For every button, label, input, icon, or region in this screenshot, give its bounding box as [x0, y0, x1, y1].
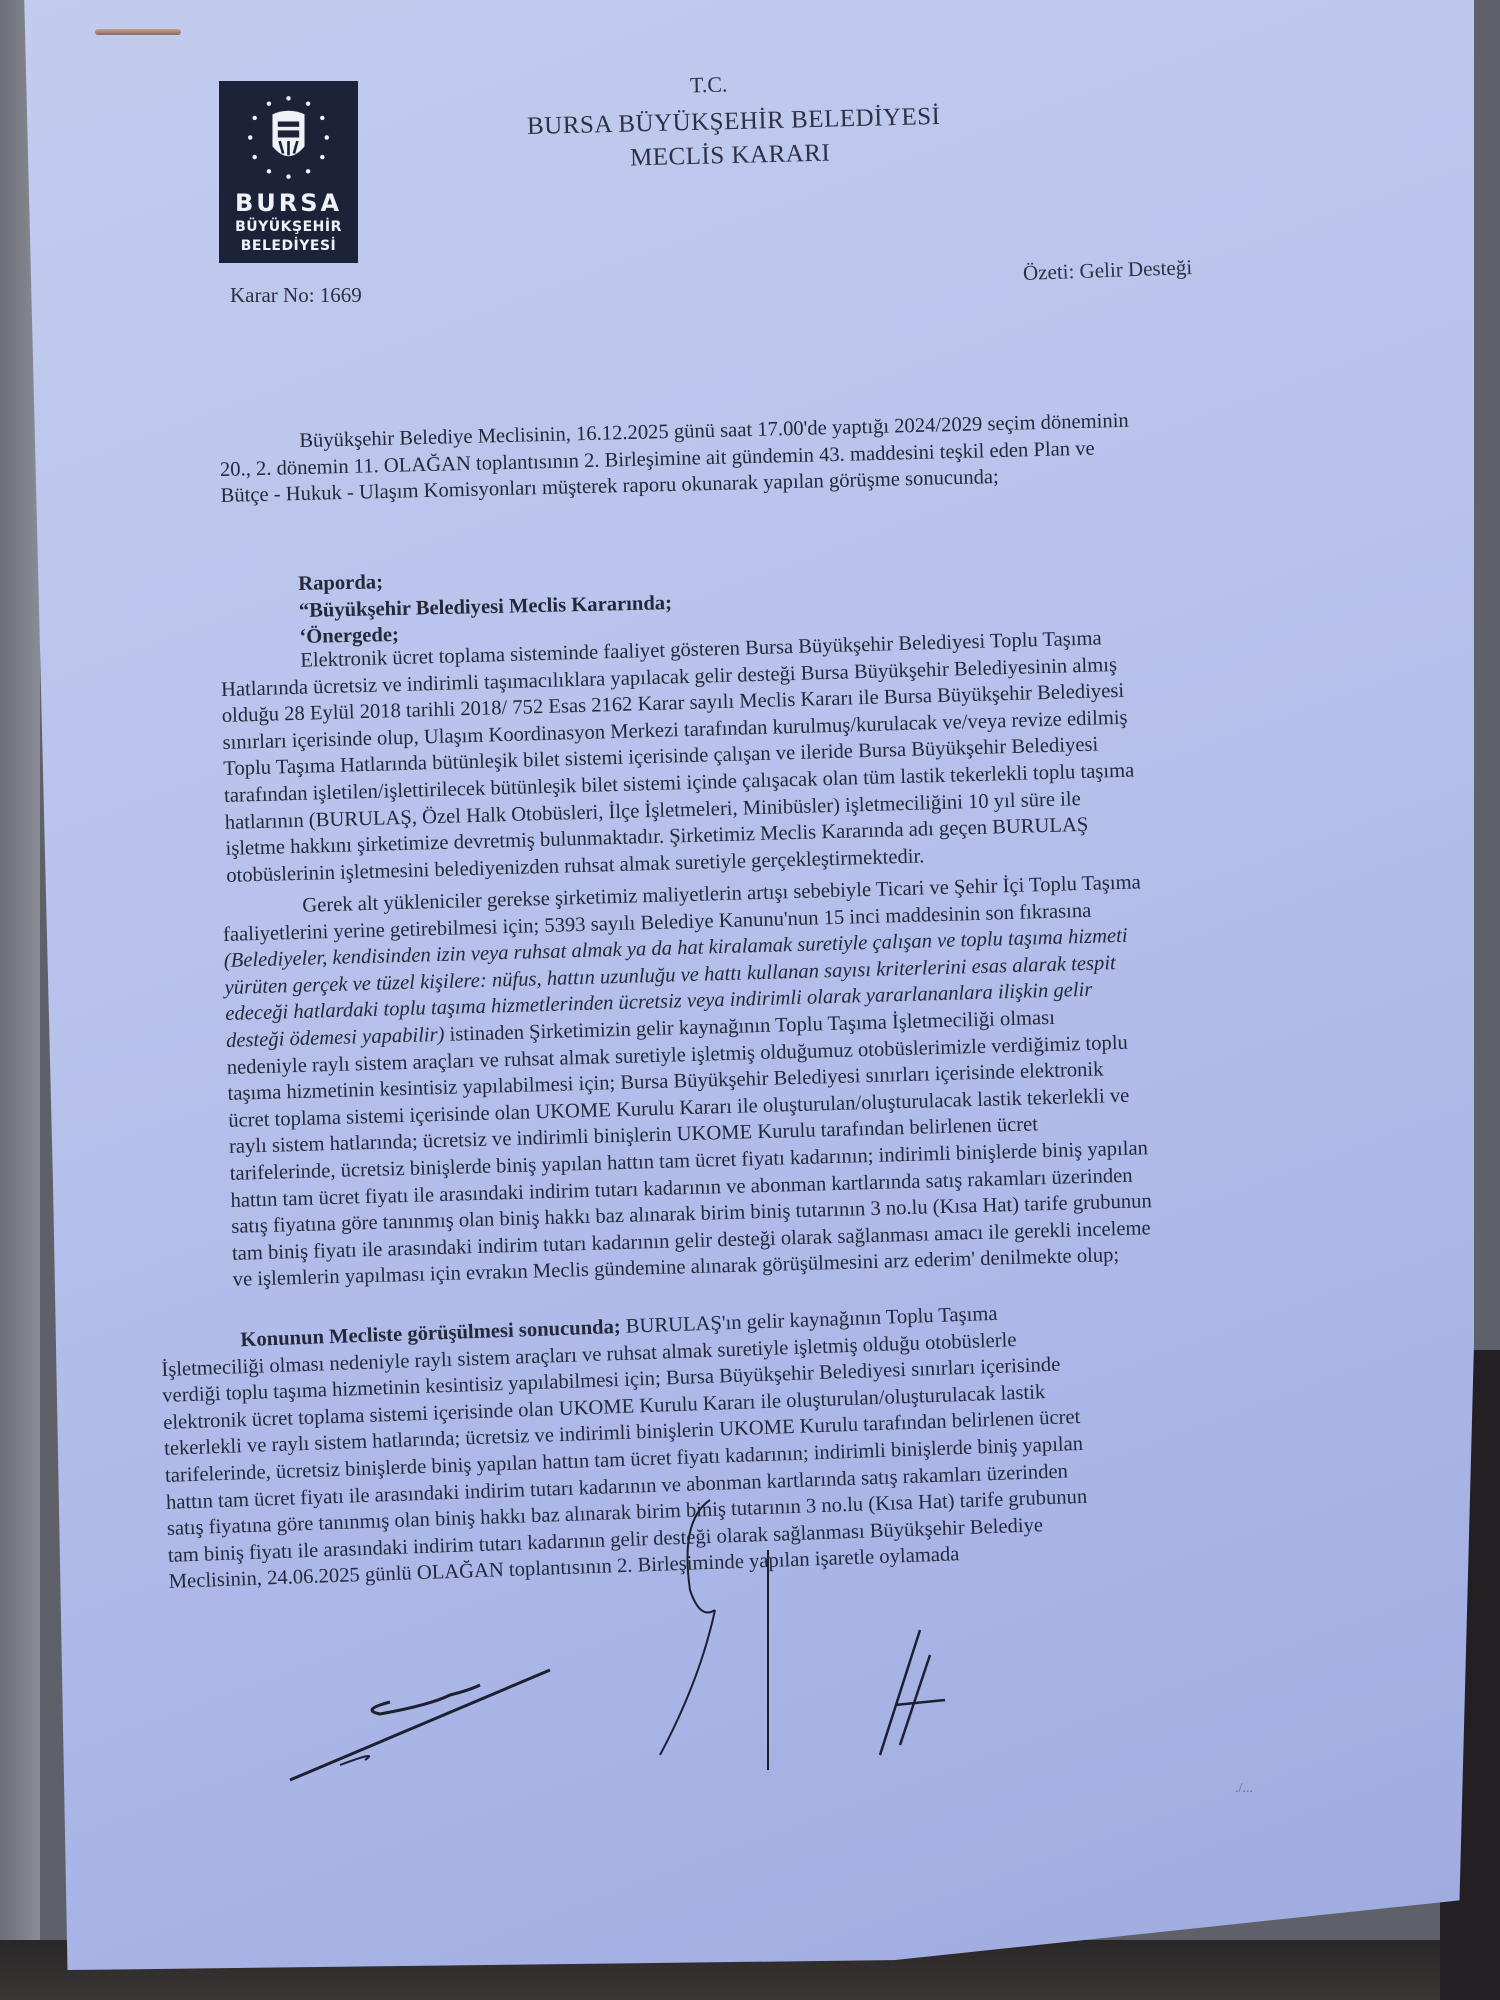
decision-number: Karar No: 1669: [230, 283, 362, 308]
logo-text-belediyesi: BELEDİYESİ: [219, 238, 358, 254]
bursa-crest-icon: [244, 93, 333, 182]
signature-right-icon: [860, 1625, 970, 1765]
logo-text-bursa: BURSA: [219, 189, 358, 217]
conclusion-paragraph: Konunun Mecliste görüşülmesi sonucunda; …: [160, 1298, 1090, 1596]
proposal-paragraph-1: Elektronik ücret toplama sisteminde faal…: [220, 625, 1137, 890]
section-headings: Raporda; “Büyükşehir Belediyesi Meclis K…: [298, 563, 673, 651]
law-quote-tail: desteği ödemesi yapabilir): [226, 1024, 445, 1052]
header-doc-type: MECLİS KARARI: [630, 140, 831, 173]
logo-text-buyuksehir: BÜYÜKŞEHİR: [219, 219, 358, 235]
bursa-municipality-logo: BURSA BÜYÜKŞEHİR BELEDİYESİ: [219, 81, 358, 263]
staple-icon: [95, 29, 181, 35]
page-continuation-mark: ./...: [1235, 1781, 1253, 1797]
proposal-paragraph-2: Gerek alt yükleniciler gerekse şirketimi…: [222, 869, 1154, 1293]
signature-middle-icon: [640, 1480, 780, 1770]
signature-left-icon: [280, 1650, 580, 1790]
header-tc: T.C.: [690, 72, 728, 99]
